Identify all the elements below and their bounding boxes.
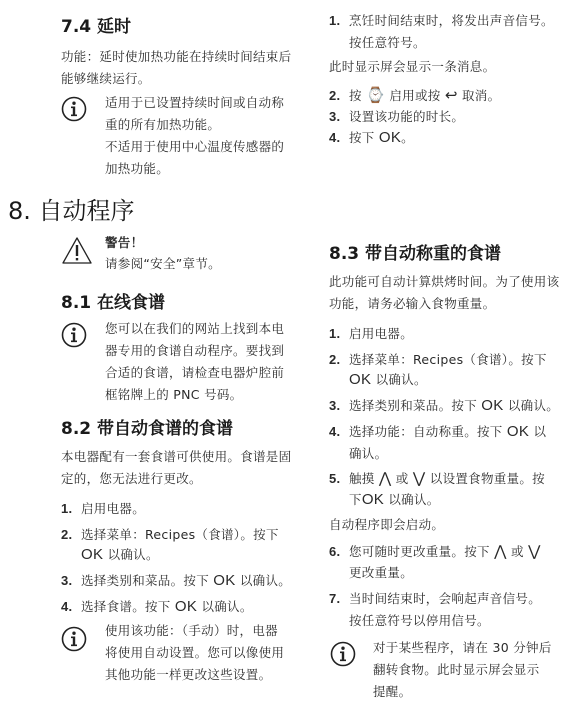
section-8-3-body-line2: 功能，请务必输入食物重量。 <box>329 293 495 315</box>
timer-icon: ⌚ <box>366 86 385 104</box>
note-7-4-line3: 不适用于使用中心温度传感器的 <box>105 136 284 158</box>
step-7-4-2: 2.按 ⌚ 启用或按 ↩ 取消。 <box>329 84 500 107</box>
warning-icon <box>61 236 93 266</box>
note-7-4-line4: 加热功能。 <box>105 158 169 180</box>
ok-key-label: OK <box>379 129 401 146</box>
ok-key-label: OK <box>362 491 384 508</box>
ok-key-label: OK <box>349 371 371 388</box>
step-8-3-4-cont: 确认。 <box>329 443 387 465</box>
section-8-3-body-line1: 此功能可自动计算烘烤时间。为了使用该 <box>329 271 559 293</box>
step-7-4-3: 3.设置该功能的时长。 <box>329 106 464 128</box>
section-8-2-body-line1: 本电器配有一套食谱可供使用。食谱是固 <box>61 446 291 468</box>
step-8-3-1: 1.启用电器。 <box>329 323 413 345</box>
back-arrow-icon: ↩ <box>445 86 458 104</box>
note-8-3-line2: 翻转食物。此时显示屏会显示 <box>373 659 539 681</box>
note-8-2-line2: 将使用自动设置。您可以像使用 <box>105 642 284 664</box>
ok-key-label: OK <box>81 546 103 563</box>
ok-key-label: OK <box>175 598 197 615</box>
section-8-3-title: 8.3 带自动称重的食谱 <box>329 239 501 264</box>
step-8-3-6: 6.您可随时更改重量。按下 ⋀ 或 ⋁ <box>329 540 541 563</box>
step-8-3-4: 4.选择功能：自动称重。按下 OK 以 <box>329 421 546 443</box>
step-8-2-3: 3.选择类别和菜品。按下 OK 以确认。 <box>61 570 291 592</box>
warning-title: 警告！ <box>105 232 143 254</box>
note-8-1-line4: 框铭牌上的 PNC 号码。 <box>105 384 242 406</box>
info-icon <box>61 96 87 122</box>
display-message-text: 此时显示屏会显示一条消息。 <box>329 56 495 78</box>
note-7-4-line1: 适用于已设置持续时间或自动称 <box>105 92 284 114</box>
step-8-3-3: 3.选择类别和菜品。按下 OK 以确认。 <box>329 395 559 417</box>
up-arrow-icon: ⋀ <box>494 542 507 560</box>
step-7-4-4: 4.按下 OK。 <box>329 127 414 149</box>
section-7-4-body-line2: 能够继续运行。 <box>61 68 151 90</box>
note-8-3-line3: 提醒。 <box>373 681 411 702</box>
info-icon <box>61 626 87 652</box>
note-7-4-line2: 重的所有加热功能。 <box>105 114 220 136</box>
note-8-3-line1: 对于某些程序，请在 30 分钟后 <box>373 637 552 659</box>
note-8-1-line2: 器专用的食谱自动程序。要找到 <box>105 340 284 362</box>
down-arrow-icon: ⋁ <box>413 469 426 487</box>
step-8-3-6-cont: 更改重量。 <box>329 562 413 584</box>
section-7-4-title: 7.4 延时 <box>61 12 131 37</box>
note-8-1-line3: 合适的食谱，请检查电器炉腔前 <box>105 362 284 384</box>
step-8-3-5-cont: 下OK 以确认。 <box>329 489 440 511</box>
down-arrow-icon: ⋁ <box>528 542 541 560</box>
step-8-2-2-cont: OK 以确认。 <box>61 544 159 566</box>
section-8-2-title: 8.2 带自动食谱的食谱 <box>61 414 233 439</box>
step-8-3-2-cont: OK 以确认。 <box>329 369 427 391</box>
chapter-8-title: 8. 自动程序 <box>8 191 135 226</box>
warning-text: 请参阅“安全”章节。 <box>105 253 221 275</box>
section-8-2-body-line2: 定的，您无法进行更改。 <box>61 468 202 490</box>
note-8-2-line1: 使用该功能：（手动）时，电器 <box>105 620 278 642</box>
info-icon <box>330 641 356 667</box>
step-8-3-2: 2.选择菜单：Recipes（食谱）。按下 <box>329 349 547 371</box>
step-8-2-2: 2.选择菜单：Recipes（食谱）。按下 <box>61 524 279 546</box>
step-7-4-1-cont: 按任意符号。 <box>329 32 426 54</box>
ok-key-label: OK <box>507 423 529 440</box>
section-8-1-title: 8.1 在线食谱 <box>61 288 165 313</box>
ok-key-label: OK <box>213 572 235 589</box>
ok-key-label: OK <box>481 397 503 414</box>
auto-start-text: 自动程序即会启动。 <box>329 514 444 536</box>
up-arrow-icon: ⋀ <box>379 469 392 487</box>
step-7-4-1: 1.烹饪时间结束时，将发出声音信号。 <box>329 10 554 32</box>
note-8-2-line3: 其他功能一样更改这些设置。 <box>105 664 271 686</box>
section-7-4-body-line1: 功能：延时使加热功能在持续时间结束后 <box>61 46 291 68</box>
step-8-3-5: 5.触摸 ⋀ 或 ⋁ 以设置食物重量。按 <box>329 467 545 490</box>
note-8-1-line1: 您可以在我们的网站上找到本电 <box>105 318 284 340</box>
info-icon <box>61 322 87 348</box>
step-8-3-7: 7.当时间结束时，会响起声音信号。 <box>329 588 541 610</box>
step-8-2-1: 1.启用电器。 <box>61 498 145 520</box>
step-8-2-4: 4.选择食谱。按下 OK 以确认。 <box>61 596 253 618</box>
step-8-3-7-cont: 按任意符号以停用信号。 <box>329 610 490 632</box>
